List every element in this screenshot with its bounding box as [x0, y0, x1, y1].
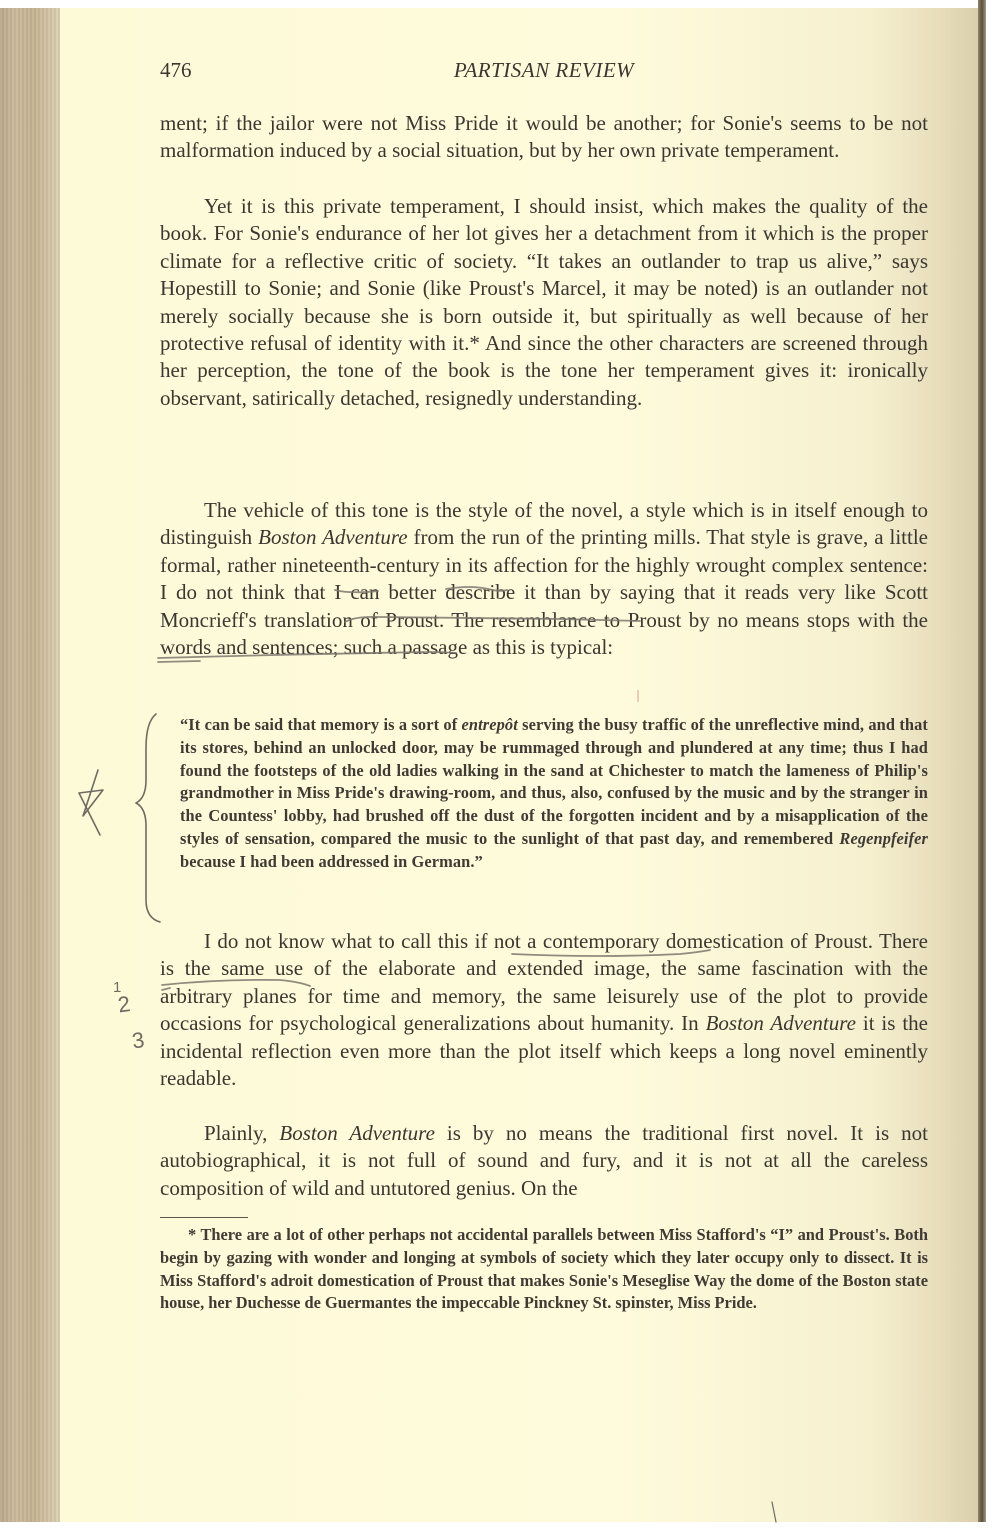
footnote-text: * There are a lot of other perhaps not a…: [160, 1224, 928, 1315]
scanned-page: 476 PARTISAN REVIEW ment; if the jailor …: [0, 0, 1000, 1530]
paragraph-4: I do not know what to call this if not a…: [160, 928, 928, 1092]
scan-right-margin: [986, 0, 1000, 1530]
text-run: Plainly,: [204, 1121, 279, 1145]
book-title-italic: Boston Adventure: [706, 1011, 856, 1035]
scan-bottom-margin: [0, 1522, 1000, 1530]
foreign-word-italic: Regenpfeifer: [839, 829, 928, 848]
foreign-word-italic: entrepôt: [462, 715, 518, 734]
book-title-italic: Boston Adventure: [258, 525, 407, 549]
book-title-italic: Boston Adventure: [279, 1121, 434, 1145]
footnote-rule: [160, 1217, 248, 1218]
quote-text: “It can be said that memory is a sort of…: [180, 714, 928, 874]
paragraph-3: The vehicle of this tone is the style of…: [160, 497, 928, 661]
paragraph-text: Plainly, Boston Adventure is by no means…: [160, 1120, 928, 1202]
scan-top-margin: [0, 0, 978, 8]
footnote: * There are a lot of other perhaps not a…: [160, 1224, 928, 1315]
journal-title: PARTISAN REVIEW: [160, 58, 928, 83]
paragraph-text: I do not know what to call this if not a…: [160, 928, 928, 1092]
paragraph-text: Yet it is this private temperament, I sh…: [160, 193, 928, 412]
text-run: serving the busy traffic of the unreflec…: [180, 715, 928, 848]
paragraph-1: ment; if the jailor were not Miss Pride …: [160, 110, 928, 165]
paragraph-5: Plainly, Boston Adventure is by no means…: [160, 1120, 928, 1202]
text-run: because I had been addressed in German.”: [180, 852, 483, 871]
book-page-edges-left: [0, 8, 60, 1530]
paragraph-2: Yet it is this private temperament, I sh…: [160, 193, 928, 412]
paragraph-text: ment; if the jailor were not Miss Pride …: [160, 110, 928, 165]
text-run: “It can be said that memory is a sort of: [180, 715, 462, 734]
block-quote: “It can be said that memory is a sort of…: [180, 714, 928, 874]
paragraph-text: The vehicle of this tone is the style of…: [160, 497, 928, 661]
running-head: 476 PARTISAN REVIEW: [160, 58, 928, 90]
book-gutter-shadow: [978, 0, 986, 1530]
